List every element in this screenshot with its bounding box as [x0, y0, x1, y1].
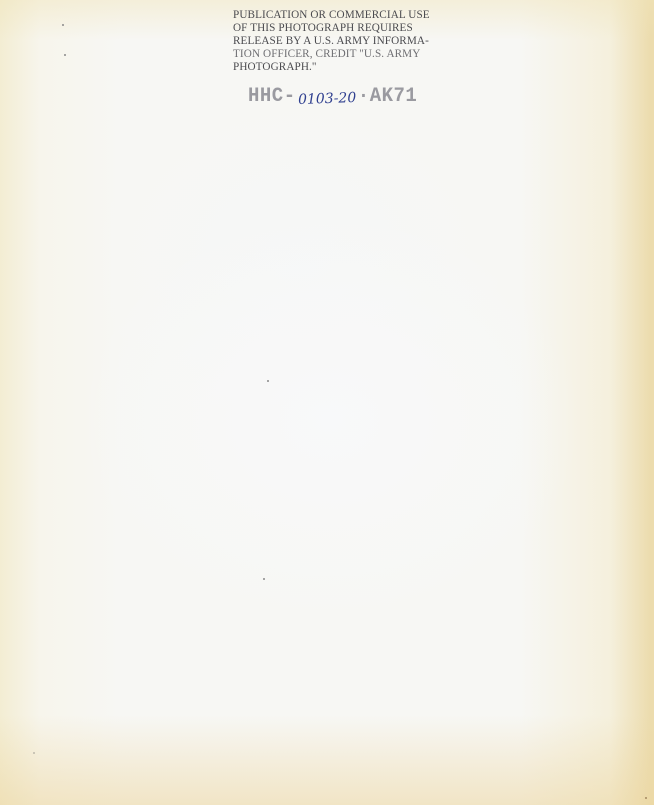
stamp-line-1: PUBLICATION OR COMMERCIAL USE: [233, 9, 430, 22]
dust-speck: [263, 578, 265, 580]
code-suffix: AK71: [370, 84, 418, 107]
usage-restriction-stamp: PUBLICATION OR COMMERCIAL USE OF THIS PH…: [233, 9, 430, 74]
dust-speck: [33, 752, 35, 754]
reference-code: HHC-0103-20·AK71: [248, 85, 417, 107]
dust-speck: [645, 797, 647, 799]
dust-speck: [62, 24, 64, 26]
stamp-line-5: PHOTOGRAPH.": [233, 61, 430, 74]
code-prefix: HHC-: [248, 84, 296, 107]
stamp-line-4: TION OFFICER, CREDIT "U.S. ARMY: [233, 48, 430, 61]
stamp-line-3: RELEASE BY A U.S. ARMY INFORMA-: [233, 35, 430, 48]
photo-reverse-sheet: PUBLICATION OR COMMERCIAL USE OF THIS PH…: [0, 0, 654, 805]
code-separator: ·: [358, 84, 370, 107]
dust-speck: [64, 54, 66, 56]
handwritten-number: 0103-20: [297, 90, 356, 108]
dust-speck: [267, 380, 269, 382]
stamp-line-2: OF THIS PHOTOGRAPH REQUIRES: [233, 22, 430, 35]
